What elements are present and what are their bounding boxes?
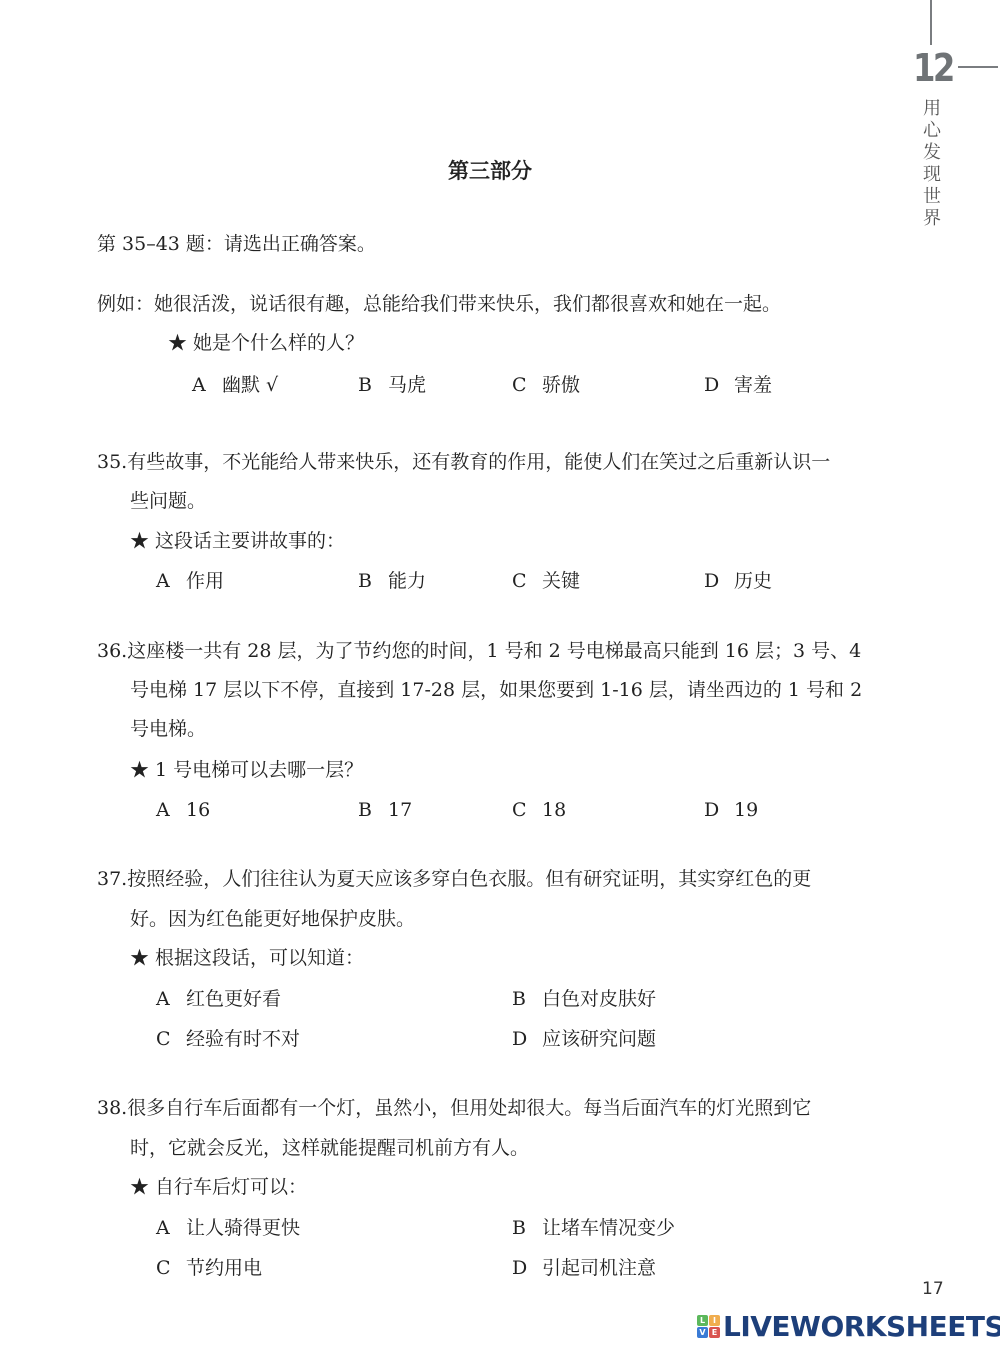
- q36-option-d[interactable]: D19: [704, 798, 758, 822]
- liveworksheets-logo[interactable]: L I V E LIVEWORKSHEETS: [697, 1310, 1000, 1343]
- q38-question: ★ 自行车后灯可以：: [130, 1175, 307, 1199]
- q35-option-d[interactable]: D历史: [704, 569, 772, 593]
- page-number: 17: [922, 1279, 944, 1299]
- q38-passage-line1: 38.很多自行车后面都有一个灯，虽然小，但用处却很大。每当后面汽车的灯光照到它: [97, 1096, 811, 1120]
- instruction: 第 35–43 题：请选出正确答案。: [97, 232, 376, 256]
- chapter-number: 12: [913, 48, 953, 88]
- example-text: 她很活泼，说话很有趣，总能给我们带来快乐，我们都很喜欢和她在一起。: [154, 293, 781, 315]
- q38-option-d[interactable]: D引起司机注意: [512, 1256, 656, 1280]
- example-option-c: C骄傲: [512, 373, 580, 397]
- example-question: ★ 她是个什么样的人？: [168, 331, 364, 355]
- example-option-d: D害羞: [704, 373, 772, 397]
- live-tiles-icon: L I V E: [697, 1315, 720, 1338]
- q37-question: ★ 根据这段话，可以知道：: [130, 946, 364, 970]
- q36-option-a[interactable]: A16: [156, 798, 210, 822]
- q36-passage-line3: 号电梯。: [130, 717, 206, 741]
- q37-option-b[interactable]: B白色对皮肤好: [512, 987, 656, 1011]
- q35-passage-line2: 些问题。: [130, 489, 206, 513]
- q37-option-a[interactable]: A红色更好看: [156, 987, 281, 1011]
- q37-passage-line2: 好。因为红色能更好地保护皮肤。: [130, 907, 415, 931]
- q37-option-d[interactable]: D应该研究问题: [512, 1027, 656, 1051]
- q36-passage-line1: 36.这座楼一共有 28 层，为了节约您的时间，1 号和 2 号电梯最高只能到 …: [97, 639, 861, 663]
- example-passage: 例如：她很活泼，说话很有趣，总能给我们带来快乐，我们都很喜欢和她在一起。: [97, 292, 781, 316]
- q38-option-a[interactable]: A让人骑得更快: [156, 1216, 300, 1240]
- q38-option-b[interactable]: B让堵车情况变少: [512, 1216, 675, 1240]
- example-option-a: A幽默 √: [192, 373, 278, 397]
- q38-passage-line2: 时，它就会反光，这样就能提醒司机前方有人。: [130, 1136, 529, 1160]
- q37-option-c[interactable]: C经验有时不对: [156, 1027, 300, 1051]
- example-label: 例如：: [97, 293, 154, 315]
- q36-passage-line2: 号电梯 17 层以下不停，直接到 17-28 层，如果您要到 1-16 层，请坐…: [130, 678, 862, 702]
- q37-passage-line1: 37.按照经验，人们往往认为夏天应该多穿白色衣服。但有研究证明，其实穿红色的更: [97, 867, 811, 891]
- q36-option-b[interactable]: B17: [358, 798, 412, 822]
- q38-option-c[interactable]: C节约用电: [156, 1256, 262, 1280]
- q35-passage-line1: 35.有些故事，不光能给人带来快乐，还有教育的作用，能使人们在笑过之后重新认识一: [97, 450, 830, 474]
- q35-option-b[interactable]: B能力: [358, 569, 426, 593]
- q35-option-a[interactable]: A作用: [156, 569, 224, 593]
- q35-option-c[interactable]: C关键: [512, 569, 580, 593]
- chapter-divider-vertical: [930, 0, 932, 45]
- logo-text: LIVEWORKSHEETS: [723, 1310, 1000, 1343]
- q36-option-c[interactable]: C18: [512, 798, 566, 822]
- q35-question: ★ 这段话主要讲故事的：: [130, 529, 345, 553]
- chapter-divider-horizontal: [958, 66, 998, 68]
- example-option-b: B马虎: [358, 373, 426, 397]
- section-title: 第三部分: [0, 155, 980, 185]
- q36-question: ★ 1 号电梯可以去哪一层？: [130, 758, 363, 782]
